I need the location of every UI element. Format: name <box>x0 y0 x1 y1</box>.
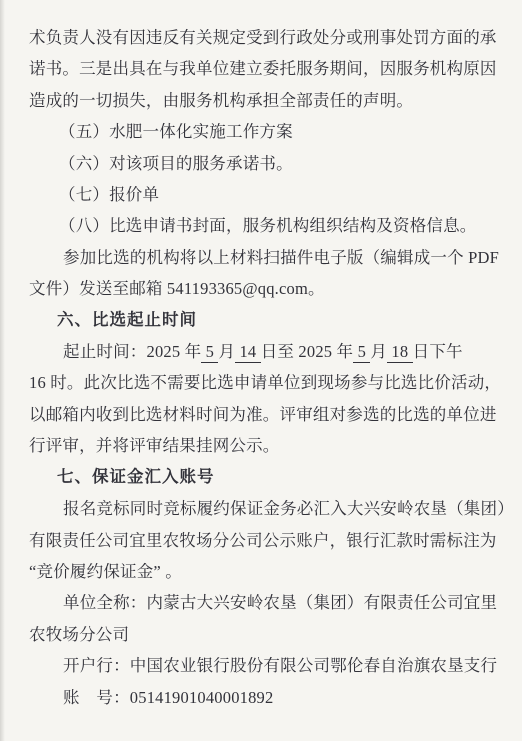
body-line-review: 行评审，并将评审结果挂网公示。 <box>29 430 494 461</box>
date-line: 起止时间：2025 年 5 月 14 日至 2025 年 5 月 18 日下午 <box>29 336 494 367</box>
underlined-value: 5 <box>353 342 370 363</box>
section-heading-6: 六、比选起止时间 <box>29 305 494 336</box>
body-line-1: 术负责人没有因违反有关规定受到行政处分或刑事处罚方面的承 <box>29 22 494 53</box>
body-line-mailbox: 以邮箱内收到比选材料时间为准。评审组对参选的比选的单位进 <box>29 399 494 430</box>
body-line-3: 造成的一切损失，由服务机构承担全部责任的声明。 <box>29 85 494 116</box>
para-deposit-1: 报名竞标同时竞标履约保证金务必汇入大兴安岭农垦（集团） <box>29 493 494 524</box>
list-item-8: （八）比选申请书封面，服务机构组织结构及资格信息。 <box>29 210 494 241</box>
company-name-line-1: 单位全称：内蒙古大兴安岭农垦（集团）有限责任公司宜里 <box>29 587 494 618</box>
account-line: 账 号：05141901040001892 <box>29 682 494 713</box>
company-name-line-2: 农牧场分公司 <box>29 619 494 650</box>
body-line-2: 诺书。三是出具在与我单位建立委托服务期间，因服务机构原因 <box>29 53 494 84</box>
list-item-5: （五）水肥一体化实施工作方案 <box>29 116 494 147</box>
text-segment: 日下午 <box>413 342 463 361</box>
email-line: 文件）发送至邮箱 541193365@qq.com。 <box>29 273 494 304</box>
text-segment: 起止时间：2025 年 <box>63 342 201 361</box>
list-item-7: （七）报价单 <box>29 179 494 210</box>
para-deposit-3: “竞价履约保证金” 。 <box>29 556 494 587</box>
text-segment: 月 <box>370 342 387 361</box>
para-deposit-2: 有限责任公司宜里农牧场分公司公示账户，银行汇款时需标注为 <box>29 525 494 556</box>
document-content: 术负责人没有因违反有关规定受到行政处分或刑事处罚方面的承诺书。三是出具在与我单位… <box>29 22 494 713</box>
underlined-value: 18 <box>387 342 413 363</box>
underlined-value: 5 <box>201 342 218 363</box>
body-line-16shi: 16 时。此次比选不需要比选申请单位到现场参与比选比价活动， <box>29 367 494 398</box>
text-segment: 月 <box>218 342 235 361</box>
scan-edge-shadow <box>0 0 5 741</box>
bank-line: 开户行：中国农业银行股份有限公司鄂伦春自治旗农垦支行 <box>29 650 494 681</box>
list-item-6: （六）对该项目的服务承诺书。 <box>29 148 494 179</box>
document-page: 术负责人没有因违反有关规定受到行政处分或刑事处罚方面的承诺书。三是出具在与我单位… <box>0 0 522 741</box>
section-heading-7: 七、保证金汇入账号 <box>29 462 494 493</box>
text-segment: 日至 2025 年 <box>261 342 354 361</box>
para-submit-line-1: 参加比选的机构将以上材料扫描件电子版（编辑成一个 PDF <box>29 242 494 273</box>
underlined-value: 14 <box>235 342 261 363</box>
